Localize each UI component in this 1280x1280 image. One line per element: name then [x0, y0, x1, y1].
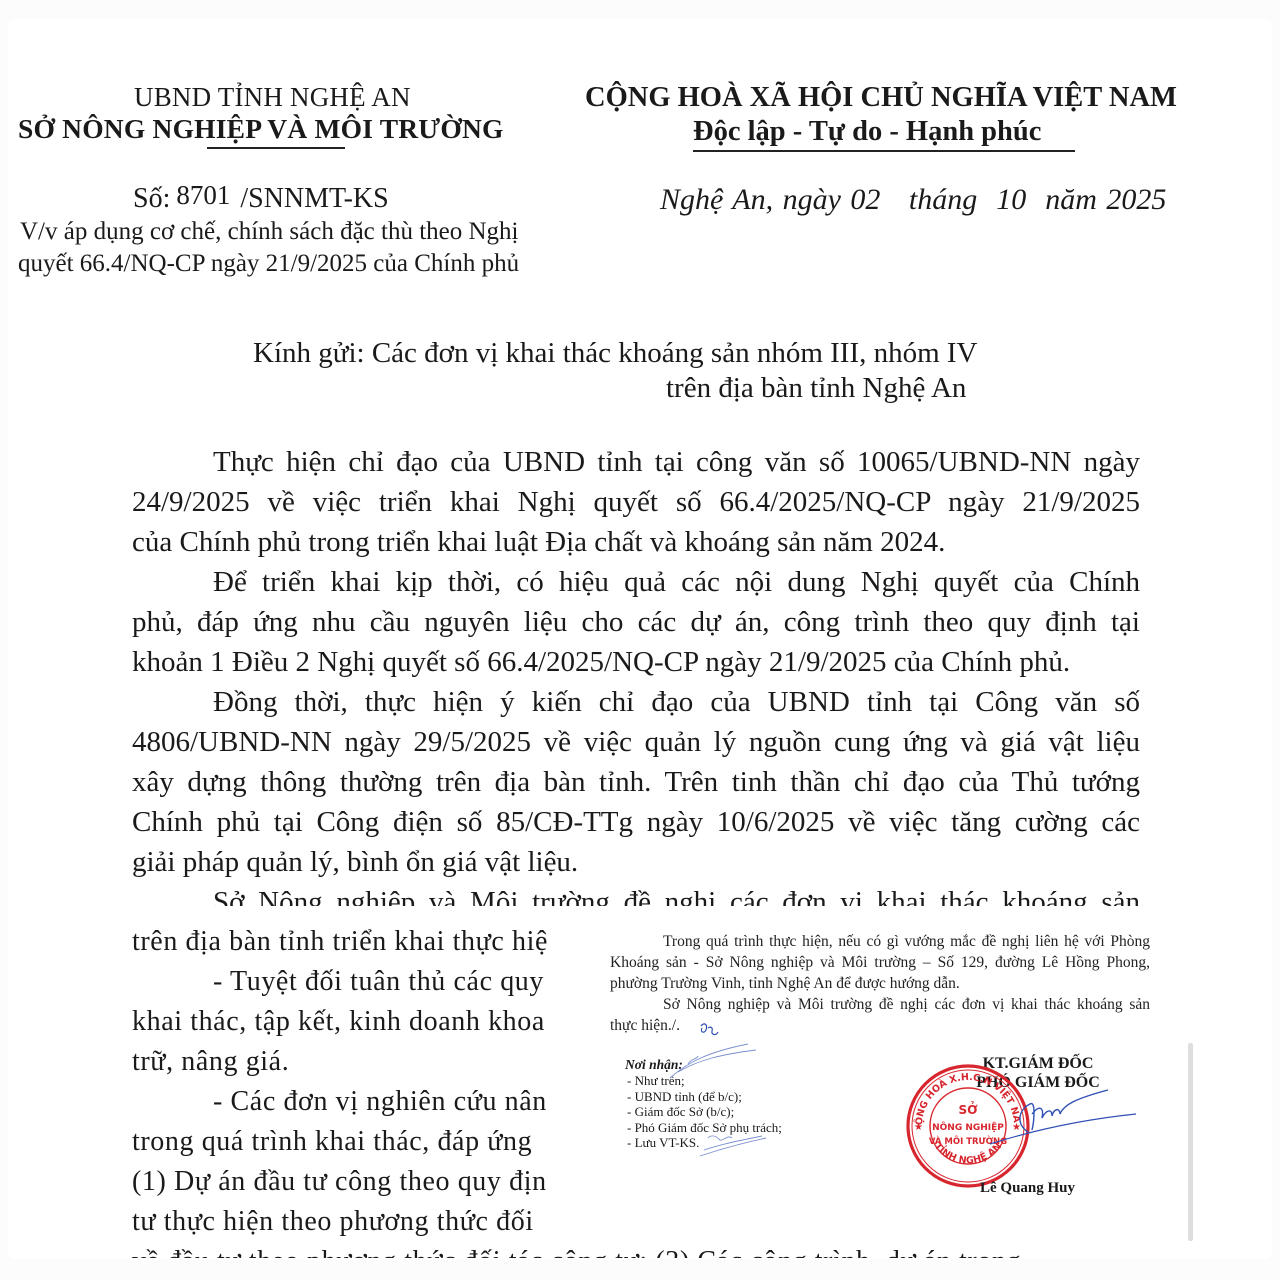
body-line: 24/9/2025 về việc triển khai Nghị quyết … — [132, 484, 1140, 520]
closing-line-3: phường Trường Vinh, tỉnh Nghệ An để được… — [610, 973, 960, 994]
handwritten-signature — [988, 1074, 1138, 1146]
recipient-line-1: Kính gửi: Các đơn vị khai thác khoáng sả… — [253, 337, 978, 370]
body-line: của Chính phủ trong triển khai luật Địa … — [132, 524, 1140, 560]
svg-text:SỞ: SỞ — [958, 1101, 978, 1117]
department-underline — [207, 147, 345, 149]
issuing-department: SỞ NÔNG NGHIỆP VÀ MÔI TRƯỜNG — [18, 113, 504, 145]
signer-name: Lê Quang Huy — [980, 1180, 1075, 1197]
recipient-item: - UBND tỉnh (để b/c); — [627, 1089, 782, 1105]
svg-text:★: ★ — [914, 1122, 923, 1133]
place-date: Nghệ An, ngày 02 tháng 10 năm 2025 — [660, 183, 1166, 217]
initials-scribble-bottom — [698, 1130, 768, 1160]
body-line: (1) Dự án đầu tư công theo quy địn — [132, 1164, 547, 1200]
document-number: Số:8701/SNNMT-KS — [133, 183, 389, 215]
closing-line-2: Khoáng sản - Sở Nông nghiệp và Môi trườn… — [610, 952, 1150, 973]
national-title: CỘNG HOÀ XÃ HỘI CHỦ NGHĨA VIỆT NAM — [585, 82, 1177, 114]
closing-line-5: thực hiện./. — [610, 1015, 680, 1036]
closing-line-4: Sở Nông nghiệp và Môi trường đề nghị các… — [663, 994, 1150, 1015]
document-number-suffix: /SNNMT-KS — [240, 183, 388, 214]
signature-page-inset: Trong quá trình thực hiện, nếu có gì vướ… — [568, 922, 1208, 1242]
subject-line-1: V/v áp dụng cơ chế, chính sách đặc thù t… — [20, 218, 519, 246]
body-line: khai thác, tập kết, kinh doanh khoa — [132, 1004, 545, 1040]
document-number-label: Số: — [133, 183, 170, 214]
body-line: 4806/UBND-NN ngày 29/5/2025 về việc quản… — [132, 724, 1140, 760]
body-line: về đầu tư theo phương thức đối tác công … — [132, 1244, 1021, 1258]
initials-mark — [698, 1020, 724, 1040]
recipient-line-2: trên địa bàn tỉnh Nghệ An — [666, 372, 966, 405]
body-line: Chính phủ tại Công điện số 85/CĐ-TTg ngà… — [132, 804, 1140, 840]
inset-scrollbar[interactable] — [1188, 1043, 1193, 1241]
national-motto: Độc lập - Tự do - Hạnh phúc — [693, 116, 1041, 148]
body-line: phủ, đáp ứng nhu cầu nguyên liệu cho các… — [132, 604, 1140, 640]
recipient-item: - Giám đốc Sở (b/c); — [627, 1104, 782, 1120]
body-line: - Tuyệt đối tuân thủ các quy — [213, 964, 544, 1000]
body-line: Để triển khai kịp thời, có hiệu quả các … — [213, 564, 1140, 600]
body-line: tư thực hiện theo phương thức đối — [132, 1204, 534, 1240]
motto-underline — [693, 150, 1075, 152]
initials-scribble-top — [668, 1042, 758, 1082]
body-line: giải pháp quản lý, bình ổn giá vật liệu. — [132, 844, 1140, 880]
body-line: khoản 1 Điều 2 Nghị quyết số 66.4/2025/N… — [132, 644, 1140, 680]
subject-line-2: quyết 66.4/NQ-CP ngày 21/9/2025 của Chín… — [18, 250, 519, 278]
body-line: trên địa bàn tỉnh triển khai thực hiệ — [132, 924, 548, 960]
body-line: xây dựng thông thường trên địa bàn tỉnh.… — [132, 764, 1140, 800]
body-line: trữ, nâng giá. — [132, 1044, 289, 1080]
body-line: trong quá trình khai thác, đáp ứng — [132, 1124, 532, 1160]
closing-line-1: Trong quá trình thực hiện, nếu có gì vướ… — [610, 931, 1150, 952]
issuing-authority: UBND TỈNH NGHỆ AN — [134, 82, 411, 113]
body-line: - Các đơn vị nghiên cứu nân — [213, 1084, 547, 1120]
body-line: Đồng thời, thực hiện ý kiến chỉ đạo của … — [213, 684, 1140, 720]
body-line: Sở Nông nghiệp và Môi trường đề nghị các… — [213, 884, 1140, 906]
body-line: Thực hiện chỉ đạo của UBND tỉnh tại công… — [213, 444, 1140, 480]
document-number-value: 8701 — [176, 180, 230, 210]
